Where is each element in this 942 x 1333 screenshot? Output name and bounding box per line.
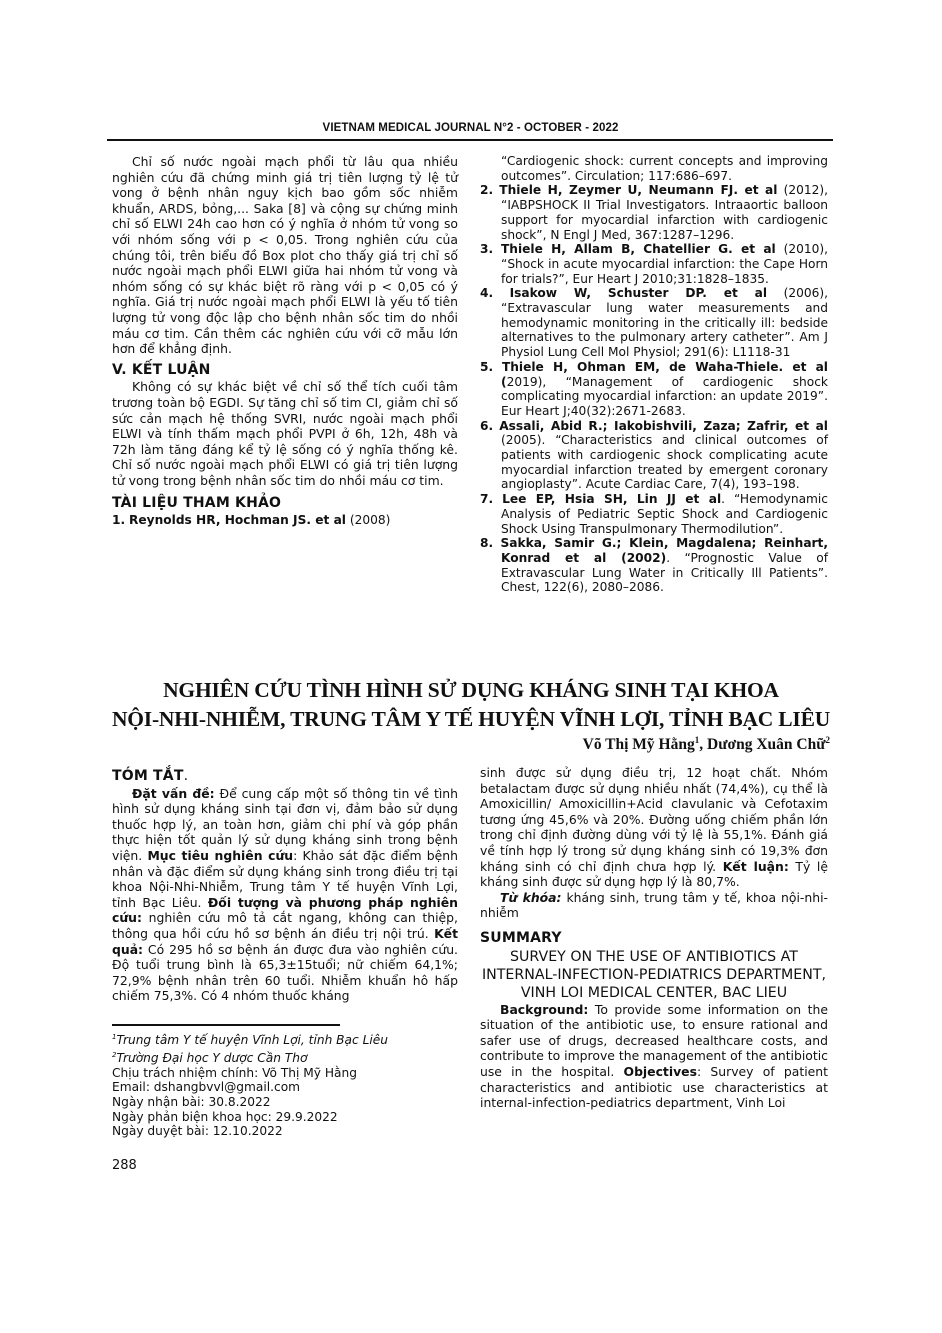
reference-authors: Lee EP, Hsia SH, Lin JJ et al: [502, 492, 721, 506]
method-text: nghiên cứu mô tả cắt ngang, không can th…: [112, 910, 458, 941]
running-header: VIETNAM MEDICAL JOURNAL N°2 - OCTOBER - …: [112, 122, 829, 134]
abstract-right-column: sinh được sử dụng điều trị, 12 hoạt chất…: [480, 765, 828, 1111]
summary-heading: SUMMARY: [480, 931, 828, 947]
reference-text: 2019), “Management of cardiogenic shock …: [501, 375, 828, 418]
footnote-divider: [112, 1024, 340, 1026]
reference-1-continued: “Cardiogenic shock: current concepts and…: [480, 154, 828, 183]
reference-authors: Thiele H, Allam B, Chatellier G. et al: [501, 242, 776, 256]
reference-1-start: 1. Reynolds HR, Hochman JS. et al (2008): [112, 513, 458, 528]
abstract-left-column: TÓM TẮT. Đặt vấn đề: Để cung cấp một số …: [112, 769, 458, 1004]
objective-label: Mục tiêu nghiên cứu: [147, 848, 293, 863]
prev-article-right-column: “Cardiogenic shock: current concepts and…: [480, 154, 828, 595]
affiliation-1-text: Trung tâm Y tế huyện Vĩnh Lợi, tỉnh Bạc …: [116, 1033, 388, 1047]
date-reviewed: Ngày phản biện khoa học: 29.9.2022: [112, 1110, 458, 1125]
reference-authors: Thiele H, Zeymer U, Neumann FJ. et al: [499, 183, 777, 197]
article-title: NGHIÊN CỨU TÌNH HÌNH SỬ DỤNG KHÁNG SINH …: [100, 676, 842, 734]
author-2: Dương Xuân Chữ: [707, 736, 826, 753]
footnotes: 1Trung tâm Y tế huyện Vĩnh Lợi, tỉnh Bạc…: [112, 1030, 458, 1139]
reference-text: (2008): [346, 513, 390, 527]
conclusion-paragraph: Không có sự khác biệt về chỉ số thể tích…: [112, 379, 458, 488]
article-title-line-2: NỘI-NHI-NHIỄM, TRUNG TÂM Y TẾ HUYỆN VĨNH…: [100, 705, 842, 734]
background-label: Đặt vấn đề:: [132, 786, 215, 801]
reference-number: 1.: [112, 513, 125, 527]
conclusion-label: Kết luận:: [723, 859, 789, 874]
abstract-paragraph: Đặt vấn đề: Để cung cấp một số thông tin…: [112, 786, 458, 1004]
reference-3: 3. Thiele H, Allam B, Chatellier G. et a…: [480, 242, 828, 286]
affiliation-2: 2Trường Đại học Y dược Cần Thơ: [112, 1048, 458, 1066]
reference-number: 3.: [480, 242, 493, 256]
reference-number: 5.: [480, 360, 493, 374]
conclusion-heading: V. KẾT LUẬN: [112, 363, 458, 379]
reference-number: 7.: [480, 492, 493, 506]
abstract-heading: TÓM TẮT.: [112, 769, 458, 785]
article-title-line-1: NGHIÊN CỨU TÌNH HÌNH SỬ DỤNG KHÁNG SINH …: [100, 676, 842, 705]
corresponding-author: Chịu trách nhiệm chính: Võ Thị Mỹ Hằng: [112, 1066, 458, 1081]
reference-8: 8. Sakka, Samir G.; Klein, Magdalena; Re…: [480, 536, 828, 595]
reference-text: (2005). “Characteristics and clinical ou…: [501, 433, 828, 491]
reference-6: 6. Assali, Abid R.; Iakobishvili, Zaza; …: [480, 419, 828, 493]
summary-paragraph: Background: To provide some information …: [480, 1002, 828, 1111]
email: Email: dshangbvvl@gmail.com: [112, 1080, 458, 1095]
references-heading: TÀI LIỆU THAM KHẢO: [112, 496, 458, 512]
reference-2: 2. Thiele H, Zeymer U, Neumann FJ. et al…: [480, 183, 828, 242]
affiliation-1: 1Trung tâm Y tế huyện Vĩnh Lợi, tỉnh Bạc…: [112, 1030, 458, 1048]
reference-number: 2.: [480, 183, 493, 197]
reference-authors: Reynolds HR, Hochman JS. et al: [129, 513, 346, 527]
author-2-affiliation: 2: [826, 735, 831, 745]
keywords: Từ khóa: kháng sinh, trung tâm y tế, kho…: [480, 890, 828, 921]
keywords-label: Từ khóa:: [500, 890, 562, 905]
prev-article-left-column: Chỉ số nước ngoài mạch phổi từ lâu qua n…: [112, 154, 458, 528]
abstract-heading-text: TÓM TẮT: [112, 768, 184, 784]
reference-number: 6.: [480, 419, 493, 433]
reference-4: 4. Isakow W, Schuster DP. et al (2006), …: [480, 286, 828, 360]
discussion-paragraph: Chỉ số nước ngoài mạch phổi từ lâu qua n…: [112, 154, 458, 357]
author-1: Võ Thị Mỹ Hằng: [583, 736, 695, 753]
reference-7: 7. Lee EP, Hsia SH, Lin JJ et al. “Hemod…: [480, 492, 828, 536]
reference-number: 4.: [480, 286, 493, 300]
date-accepted: Ngày duyệt bài: 12.10.2022: [112, 1124, 458, 1139]
summary-background-label: Background:: [500, 1002, 588, 1017]
result-text-continued: sinh được sử dụng điều trị, 12 hoạt chất…: [480, 765, 828, 874]
abstract-heading-dot: .: [184, 768, 189, 784]
article-authors: Võ Thị Mỹ Hằng1, Dương Xuân Chữ2: [583, 735, 830, 754]
page-number: 288: [112, 1158, 137, 1173]
abstract-continued: sinh được sử dụng điều trị, 12 hoạt chất…: [480, 765, 828, 890]
author-separator: ,: [699, 736, 707, 753]
reference-number: 8.: [480, 536, 493, 550]
reference-authors: Assali, Abid R.; Iakobishvili, Zaza; Zaf…: [499, 419, 828, 433]
reference-authors: Isakow W, Schuster DP. et al: [510, 286, 767, 300]
date-received: Ngày nhận bài: 30.8.2022: [112, 1095, 458, 1110]
header-divider: [107, 139, 833, 141]
summary-objectives-label: Objectives: [624, 1064, 697, 1079]
summary-title: SURVEY ON THE USE OF ANTIBIOTICS AT INTE…: [480, 948, 828, 1002]
result-text: Có 295 hồ sơ bệnh án được đưa vào nghiên…: [112, 942, 458, 1004]
reference-5: 5. Thiele H, Ohman EM, de Waha-Thiele. e…: [480, 360, 828, 419]
affiliation-2-text: Trường Đại học Y dược Cần Thơ: [116, 1051, 307, 1065]
